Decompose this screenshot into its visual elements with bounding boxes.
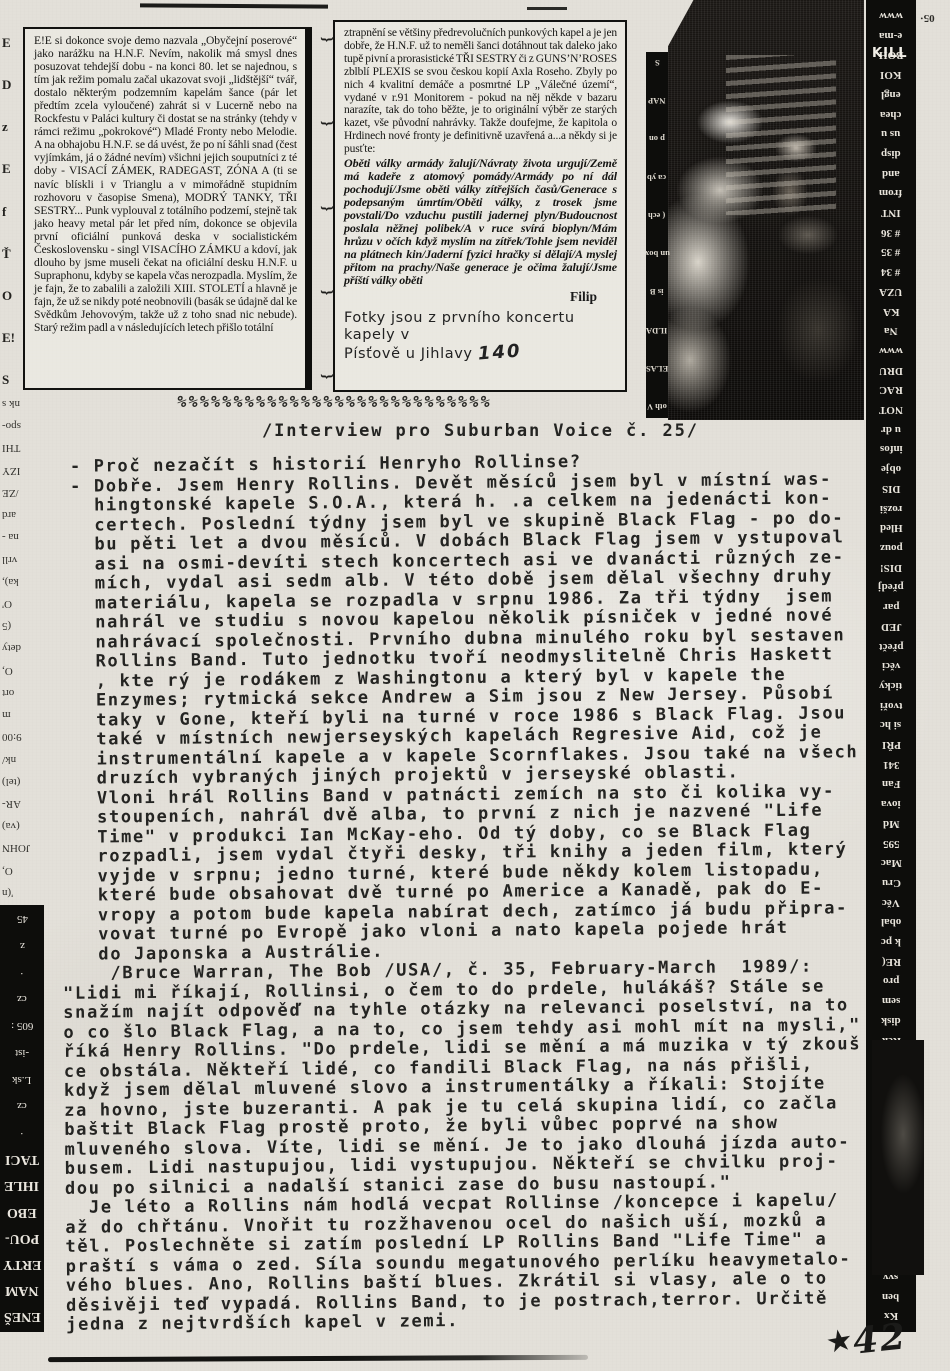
edge-text-fragment: IHLE xyxy=(4,1177,39,1193)
edge-text-fragment: u dr xyxy=(881,424,901,435)
edge-text-fragment: ticky xyxy=(879,680,902,691)
edge-text-fragment: engl xyxy=(881,89,901,100)
edge-text-fragment: O' xyxy=(2,598,12,609)
edge-text-fragment: cz xyxy=(17,993,27,1005)
edge-text-fragment: Md xyxy=(883,818,900,829)
edge-text-fragment: from xyxy=(879,187,902,198)
song-lyrics-text: Oběti války armády žalují/Návraty života… xyxy=(344,157,617,287)
left-edge-strip: 45z·cz605 :-istL.skcz· TACIIHLEEBOPOU-ER… xyxy=(0,905,44,1332)
edge-text-fragment: # 35 xyxy=(881,246,900,257)
edge-text-fragment: vrll xyxy=(2,554,17,565)
edge-text-fragment: si hc xyxy=(880,719,901,730)
edge-text-fragment: obal xyxy=(881,916,901,927)
photo-caption-line2: Písťově u Jihlavy xyxy=(344,346,478,362)
bottom-rule-line xyxy=(48,1355,588,1362)
interview-heading: /Interview pro Suburban Voice č. 25/ xyxy=(262,421,699,441)
cut-letter: f xyxy=(2,205,20,218)
edge-text-fragment: Věc xyxy=(882,897,900,908)
edge-text-fragment: oth V xyxy=(647,402,667,412)
edge-text-fragment: ( ech xyxy=(648,211,665,221)
edge-text-fragment: /ZE xyxy=(2,487,19,498)
edge-text-fragment: is B xyxy=(650,287,663,297)
squiggle-mark: } xyxy=(318,374,333,380)
percent-ornament-row: %%%%%%%%%%%%%%%%%%%%%%%%%%%% xyxy=(176,392,493,411)
edge-text-fragment: k pc xyxy=(881,936,901,947)
edge-text-fragment: ben xyxy=(882,1291,899,1302)
edge-text-fragment: TACI xyxy=(5,1151,39,1167)
page-number: ★42 xyxy=(826,1318,907,1360)
edge-text-fragment: Fan xyxy=(882,778,900,789)
edge-text-fragment: KA xyxy=(883,306,900,317)
left-margin-cut-letters: EDzEfŤOE!S xyxy=(2,36,20,386)
edge-text-fragment: 341 xyxy=(883,759,900,770)
edge-text-fragment: ERTY xyxy=(3,1256,41,1272)
left-margin-rotated-fragments: nk sspo-THIIZY/ZEardna -vrllka),O'(5dety… xyxy=(2,398,42,898)
edge-text-fragment: ELAS xyxy=(646,364,668,374)
edge-text-fragment: JED xyxy=(881,621,902,632)
top-right-fragment: 05· xyxy=(920,12,935,24)
edge-text-fragment: AR- xyxy=(2,798,21,809)
edge-text-fragment: INT xyxy=(881,207,901,218)
edge-text-fragment: NOT xyxy=(879,404,903,415)
edge-text-fragment: ENEŠ xyxy=(4,1308,41,1324)
concert-photo xyxy=(668,0,864,420)
article-right-text: ztrapnění se většiny předrevolučních pun… xyxy=(344,27,617,156)
edge-text-fragment: L.sk xyxy=(12,1074,31,1086)
squiggle-mark: } xyxy=(318,289,333,295)
cut-letter: Ť xyxy=(2,247,20,260)
edge-text-fragment: (tel) xyxy=(2,776,20,787)
edge-text-fragment: Mac xyxy=(881,857,902,868)
cut-letter: E xyxy=(2,36,20,49)
edge-text-fragment: DRU xyxy=(879,365,903,376)
edge-text-fragment: pro xyxy=(883,975,899,986)
right-strip-photo-blob xyxy=(872,1040,924,1275)
edge-text-fragment: m xyxy=(2,709,11,720)
article-box-left: E!E si dokonce svoje demo nazvala „Obyče… xyxy=(23,27,312,390)
edge-text-fragment: disp xyxy=(881,148,901,159)
edge-text-fragment: RE( xyxy=(882,956,901,967)
edge-text-fragment: Na xyxy=(884,325,897,336)
zine-page-scan: E!E si dokonce svoje demo nazvala „Obyče… xyxy=(0,0,950,1371)
cut-letter: O xyxy=(2,289,20,302)
left-strip-small-fragments: 45z·cz605 :-istL.skcz· xyxy=(0,913,44,1139)
cut-letter: E! xyxy=(2,331,20,344)
photo-caption: Fotky jsou z prvního koncertu kapely v P… xyxy=(344,310,617,363)
edge-text-fragment: chea xyxy=(880,109,901,120)
article-box-right: ztrapnění se většiny předrevolučních pun… xyxy=(333,20,627,392)
edge-text-fragment: O, xyxy=(2,665,13,676)
edge-text-fragment: Cru xyxy=(882,877,901,888)
edge-text-fragment: nk/ xyxy=(2,754,16,765)
edge-text-fragment: 9:00 xyxy=(2,731,22,742)
edge-text-fragment: rozši xyxy=(880,503,902,514)
edge-text-fragment: ka), xyxy=(2,576,19,587)
photo-caption-line1: Fotky jsou z prvního koncertu kapely v xyxy=(344,310,575,343)
edge-text-fragment: nk s xyxy=(2,398,20,409)
edge-text-fragment: (va) xyxy=(2,820,20,831)
edge-text-fragment: RAC xyxy=(879,384,903,395)
edge-text-fragment: 605 : xyxy=(11,1020,33,1032)
top-edge-mark xyxy=(140,3,328,8)
edge-text-fragment: · xyxy=(20,967,24,979)
edge-text-fragment: and xyxy=(882,168,900,179)
author-signature: Filip xyxy=(344,289,617,305)
cut-letter: E xyxy=(2,162,20,175)
edge-text-fragment: Hled xyxy=(880,522,903,533)
edge-text-fragment: infos xyxy=(880,443,903,454)
edge-text-fragment: obje xyxy=(881,463,901,474)
edge-text-fragment: 45 xyxy=(17,913,28,925)
edge-text-fragment: věci xyxy=(882,660,900,671)
edge-text-fragment: iova xyxy=(881,798,901,809)
edge-text-fragment: na - xyxy=(2,531,19,542)
inner-edge-strip: SNAPp onca yb( echun boxis BILDAELASoth … xyxy=(646,52,668,418)
article-left-text: E!E si dokonce svoje demo nazvala „Obyče… xyxy=(34,34,297,334)
edge-text-fragment: IZY xyxy=(2,465,20,476)
handwritten-number: 140 xyxy=(477,343,522,363)
edge-text-fragment: us u xyxy=(881,128,900,139)
squiggle-mark: } xyxy=(318,121,333,127)
edge-text-fragment: předj xyxy=(878,581,904,592)
edge-text-fragment: # 36 xyxy=(881,227,900,238)
page-number-value: 42 xyxy=(851,1315,909,1362)
edge-text-fragment: un box xyxy=(645,249,670,259)
edge-text-fragment: www xyxy=(879,345,903,356)
edge-text-fragment: p on xyxy=(649,134,665,144)
edge-text-fragment: EBO xyxy=(7,1204,37,1220)
edge-text-fragment: ard xyxy=(2,509,16,520)
divider-squiggle-marks: }}}}} xyxy=(318,32,334,384)
edge-text-fragment: disk xyxy=(881,1015,901,1026)
edge-text-fragment: DIS! xyxy=(880,562,902,573)
edge-text-fragment: sem xyxy=(882,995,900,1006)
edge-text-fragment: par xyxy=(883,601,900,612)
cut-letter: z xyxy=(2,120,20,133)
edge-text-fragment: JOHN xyxy=(2,842,30,853)
interview-body: - Proč nezačít s historií Henryho Rollin… xyxy=(46,450,864,1335)
edge-text-fragment: '(n xyxy=(2,887,13,898)
edge-text-fragment: KOI xyxy=(880,69,901,80)
edge-text-fragment: z xyxy=(20,940,25,952)
edge-text-fragment: · xyxy=(20,1127,24,1139)
edge-text-fragment: ILDA xyxy=(646,326,667,336)
edge-text-fragment: dety xyxy=(2,642,21,653)
cut-letter: D xyxy=(2,78,20,91)
edge-text-fragment: tvoři xyxy=(880,700,903,711)
edge-text-fragment: přečt xyxy=(879,641,903,652)
edge-text-fragment: O, xyxy=(2,865,13,876)
edge-text-fragment: pouz xyxy=(880,542,903,553)
edge-text-fragment: spo- xyxy=(2,420,21,431)
edge-text-fragment: NAM xyxy=(5,1282,38,1298)
edge-text-fragment: DIS xyxy=(882,483,900,494)
edge-text-fragment: ca yb xyxy=(647,173,666,183)
left-strip-big-fragments: TACIIHLEEBOPOU-ERTYNAMENEŠ xyxy=(0,1151,44,1324)
edge-text-fragment: THI xyxy=(2,442,20,453)
edge-text-fragment: POU- xyxy=(5,1230,39,1246)
edge-text-fragment: UZA xyxy=(879,286,902,297)
edge-text-fragment: NAP xyxy=(648,96,665,106)
edge-text-fragment: S xyxy=(655,58,660,68)
edge-text-fragment: e-ma xyxy=(879,30,902,41)
edge-text-fragment: cz xyxy=(17,1100,27,1112)
edge-text-fragment: # 34 xyxy=(881,266,900,277)
photo-grain-texture xyxy=(668,0,864,420)
cut-letter: S xyxy=(2,373,20,386)
edge-text-fragment: ort xyxy=(2,687,14,698)
edge-text-fragment: (5 xyxy=(2,620,11,631)
kill-label: KILL xyxy=(872,46,907,61)
edge-text-fragment: 595 xyxy=(883,838,900,849)
squiggle-mark: } xyxy=(318,205,333,211)
edge-text-fragment: www xyxy=(879,10,903,21)
edge-text-fragment: PŘI xyxy=(882,739,901,750)
squiggle-mark: } xyxy=(318,37,333,43)
edge-text-fragment: -ist xyxy=(15,1047,29,1059)
top-edge-mark-small xyxy=(527,7,567,10)
